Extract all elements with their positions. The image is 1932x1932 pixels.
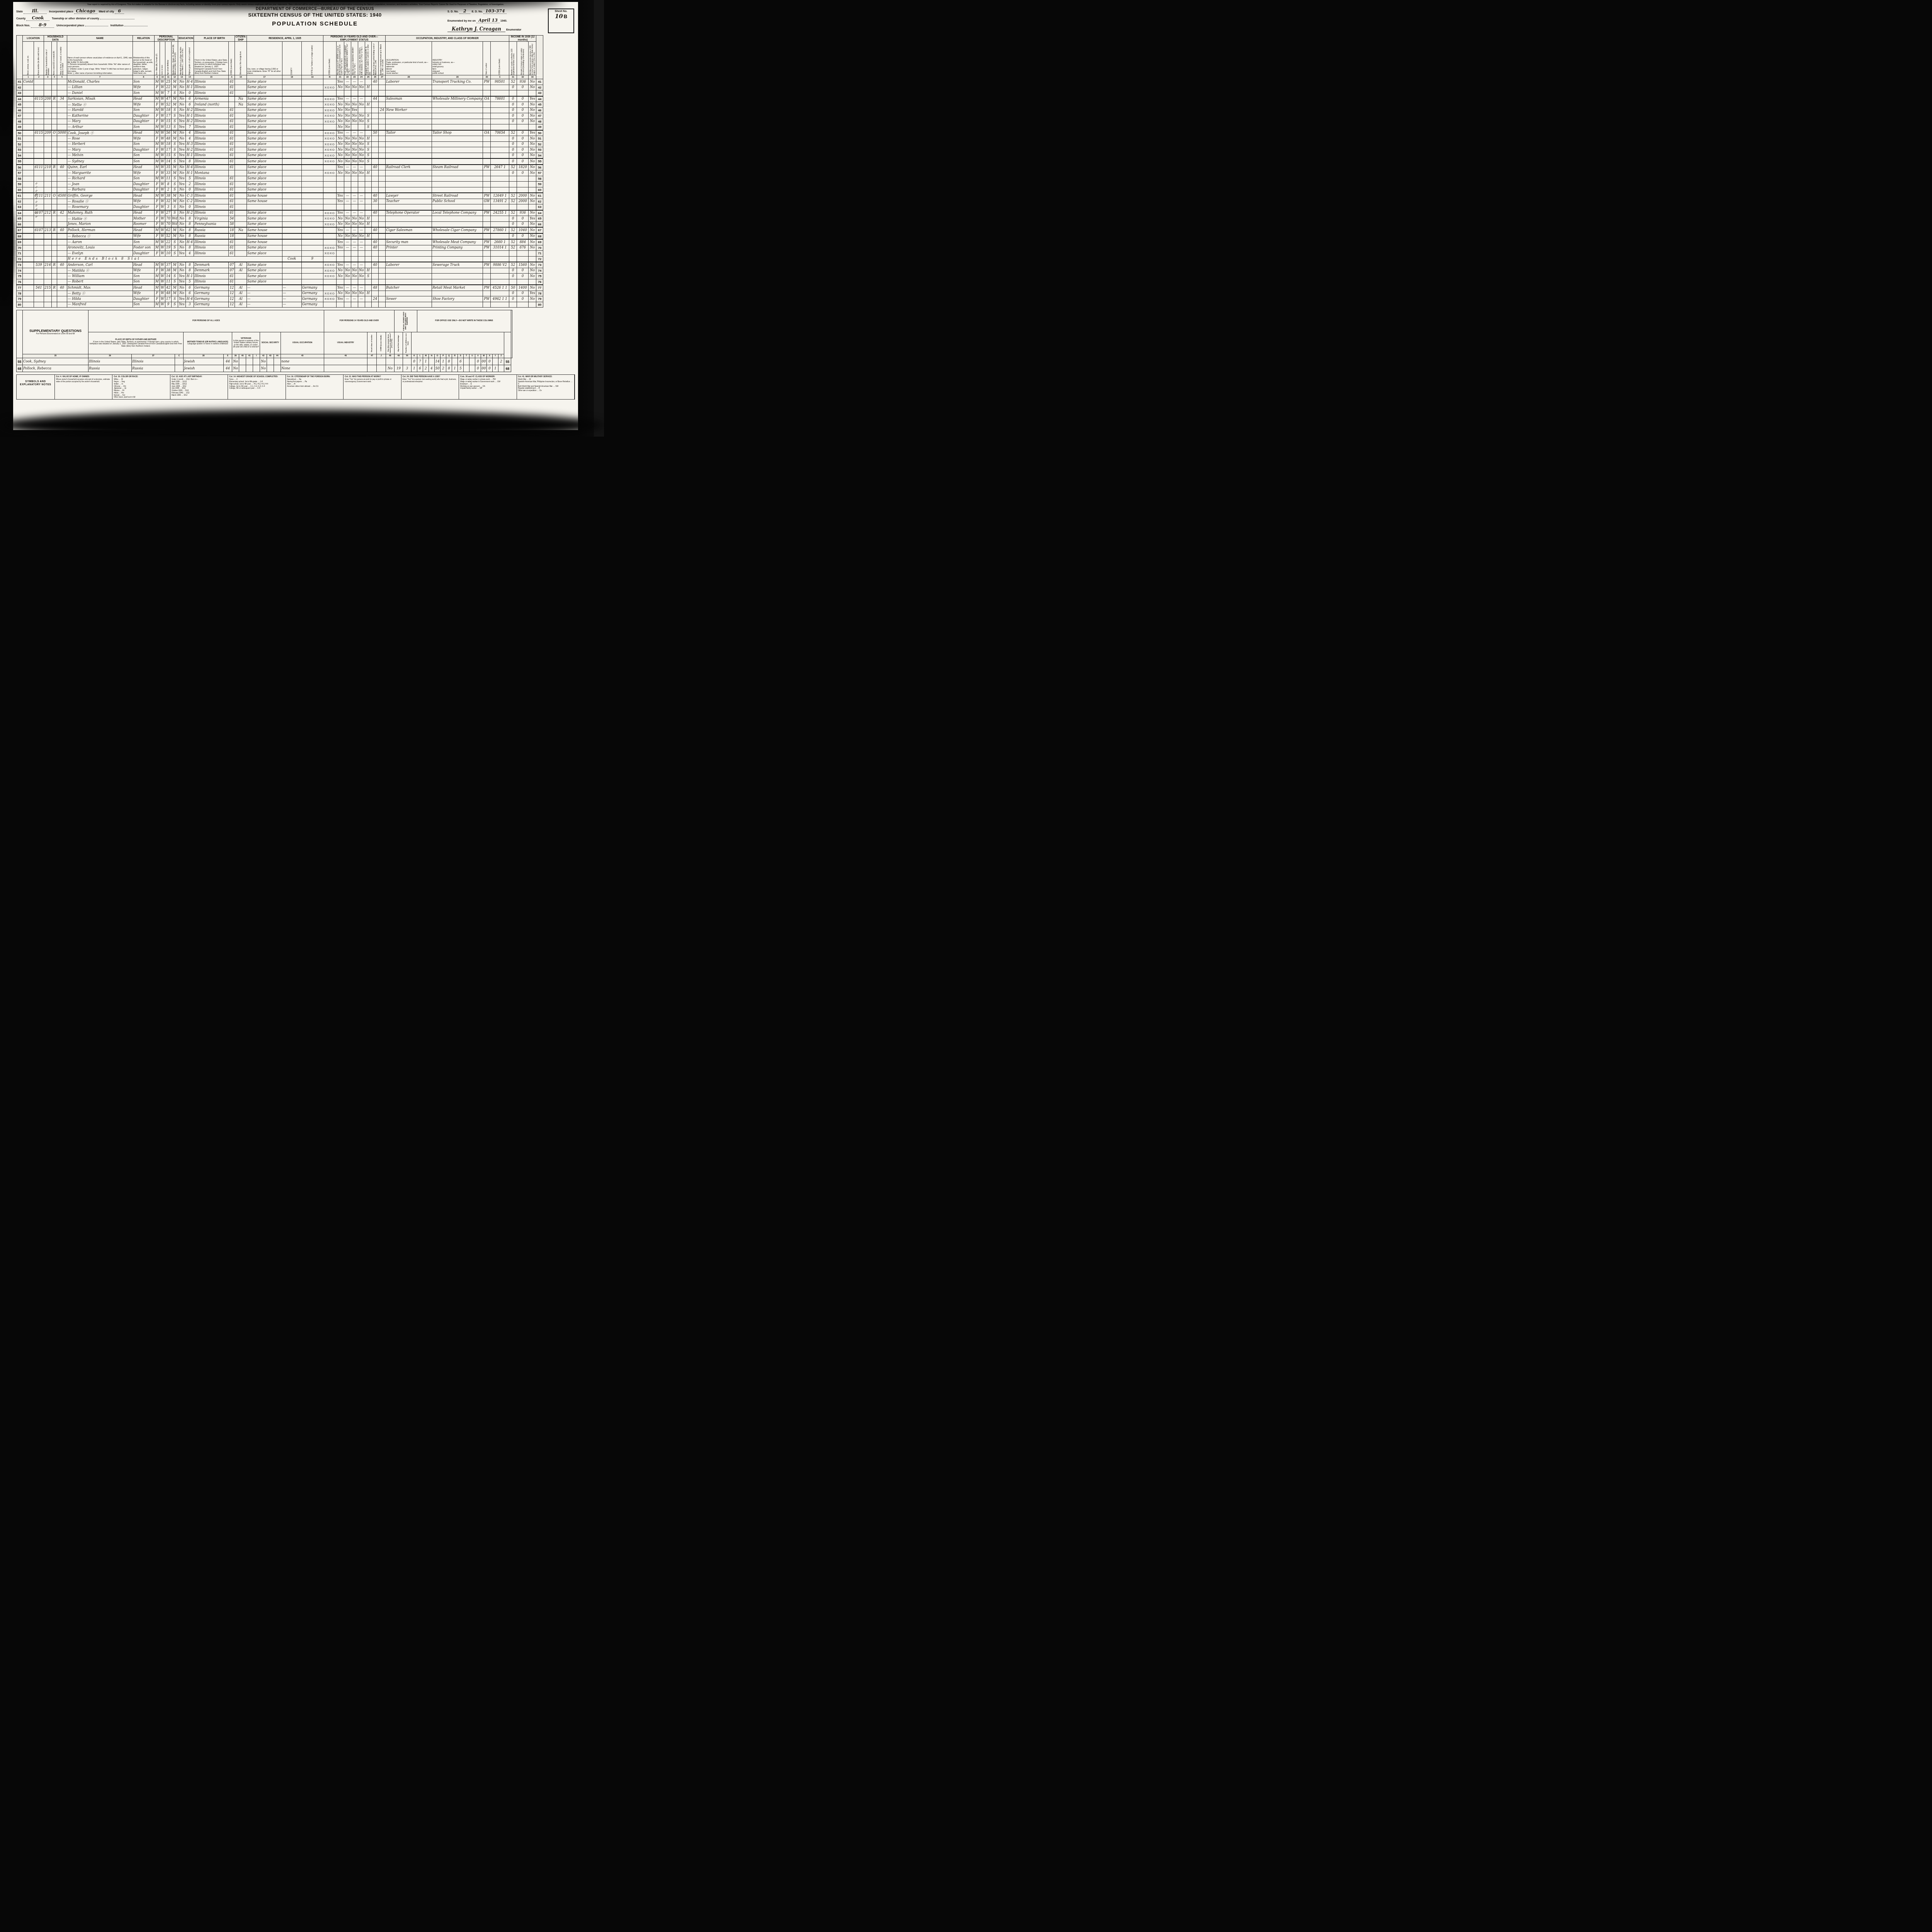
cell-ind bbox=[432, 274, 483, 279]
cell-w50: 3 bbox=[403, 365, 412, 372]
cell-oi: No bbox=[529, 296, 536, 302]
cell-r1: Same place bbox=[247, 176, 282, 182]
cell-r2 bbox=[282, 187, 301, 193]
cell-r2 bbox=[282, 233, 301, 240]
cell-g: 2 bbox=[185, 182, 194, 187]
cell-inc: 0 bbox=[517, 85, 529, 90]
cell-age: 14 bbox=[165, 158, 171, 165]
cell-sx: M bbox=[154, 279, 160, 285]
cell-wk: 0 bbox=[509, 119, 517, 124]
cell-rel: Son bbox=[133, 239, 154, 245]
column-sub-header: OCCUPATIONTrade, profession, or particul… bbox=[386, 42, 432, 75]
cell-stp bbox=[323, 124, 336, 130]
cell-s25: S bbox=[365, 153, 371, 158]
line-number: 44 bbox=[17, 96, 23, 102]
cell-cit: Na bbox=[235, 102, 247, 108]
cell-r2: — bbox=[282, 285, 301, 291]
cell-cit bbox=[235, 239, 247, 245]
cell-stp bbox=[323, 233, 336, 240]
cell-r3 bbox=[301, 182, 323, 187]
supplementary-row: 55Cook, SydneyIllinoisIllinoisJewish44No… bbox=[17, 358, 512, 365]
column-number: 28 bbox=[386, 75, 432, 79]
column-sub-header: CODE (Leave blank) bbox=[229, 42, 235, 75]
column-sub-header: Value of home, if owned, or monthly rent… bbox=[57, 42, 67, 75]
cell-c: W bbox=[160, 113, 165, 119]
cell-pe: No bbox=[344, 233, 351, 240]
cell-name: Pollock, Rebecca bbox=[23, 365, 88, 372]
cell-cit bbox=[235, 193, 247, 199]
cell-st bbox=[23, 302, 34, 308]
cell-inc: 1400 bbox=[517, 285, 529, 291]
cell-vI bbox=[253, 365, 260, 372]
table-row: 78— Betty ⓧWifeFW48MNo6Germany12Al——Germ… bbox=[17, 291, 543, 296]
cell-bc: 61 bbox=[229, 210, 235, 216]
column-sub-header: Relationship of this person to the head … bbox=[133, 42, 154, 75]
explanatory-note-7: Col. 24. DID THIS PERSON HAVE A JOB?Ente… bbox=[401, 375, 459, 399]
column-number: 44 bbox=[274, 354, 281, 358]
cell-bc: 61 bbox=[229, 245, 235, 251]
cell-bp: Illinois bbox=[194, 165, 229, 170]
cell-s: Yes bbox=[178, 296, 185, 302]
cell-r2 bbox=[282, 96, 301, 102]
cell-hh bbox=[44, 170, 51, 176]
cell-bp: Illinois bbox=[194, 85, 229, 90]
cell-g: H-4 bbox=[185, 296, 194, 302]
column-number: 27 bbox=[379, 75, 386, 79]
cell-sk: No bbox=[351, 113, 358, 119]
cell-cl: GW bbox=[483, 199, 491, 204]
cell-m: M bbox=[171, 136, 178, 142]
cell-bc: 61 bbox=[229, 176, 235, 182]
cell-bc bbox=[229, 96, 235, 102]
cell-hr: 24 bbox=[372, 296, 379, 302]
cell-st bbox=[23, 210, 34, 216]
column-number: 16 bbox=[235, 75, 247, 79]
cell-inc bbox=[517, 182, 529, 187]
cell-c: W bbox=[160, 119, 165, 124]
cell-hr: 40 bbox=[372, 227, 379, 233]
cell-empty bbox=[517, 256, 529, 262]
cell-hr bbox=[372, 274, 379, 279]
cell-s25 bbox=[365, 130, 371, 136]
cell-bc: 58 bbox=[229, 221, 235, 227]
cell-age: 17 bbox=[165, 147, 171, 153]
cell-hn bbox=[34, 302, 44, 308]
cell-r3 bbox=[301, 147, 323, 153]
cell-cl: OA bbox=[483, 130, 491, 136]
cell-c: W bbox=[160, 107, 165, 113]
office-cell-W: 00 bbox=[481, 365, 487, 372]
cell-inc: 0 bbox=[517, 147, 529, 153]
cell-m: S bbox=[171, 279, 178, 285]
cell-st bbox=[23, 119, 34, 124]
cell-t bbox=[51, 170, 57, 176]
cell-c: W bbox=[160, 245, 165, 251]
column-sub-header: Marital status—Single (S), Married (M), … bbox=[171, 42, 178, 75]
cell-cd bbox=[491, 274, 509, 279]
office-cell-V: 0 bbox=[475, 365, 481, 372]
cell-c: W bbox=[160, 251, 165, 257]
column-number: 25 bbox=[365, 75, 371, 79]
note-heading: Col. 4. VALUE OF HOME, IF OWNED: bbox=[56, 376, 111, 378]
usual-class-header: Usual class of worker bbox=[367, 332, 377, 354]
cell-m: S bbox=[171, 119, 178, 124]
cell-v bbox=[57, 279, 67, 285]
cell-sk bbox=[351, 124, 358, 130]
cell-hn bbox=[34, 233, 44, 240]
cell-hh: 210 bbox=[44, 165, 51, 170]
cell-name: — Aaron bbox=[67, 239, 133, 245]
cell-wk: 52 bbox=[509, 227, 517, 233]
cell-age: 52 bbox=[165, 233, 171, 240]
cell-r3 bbox=[301, 85, 323, 90]
cell-st bbox=[23, 199, 34, 204]
cell-t bbox=[51, 187, 57, 193]
cell-wk: 52 bbox=[509, 210, 517, 216]
cell-inc bbox=[517, 251, 529, 257]
cell-hj bbox=[358, 182, 365, 187]
cell-oi: No bbox=[529, 102, 536, 108]
cell-w: No bbox=[336, 141, 344, 147]
cell-sx: M bbox=[154, 90, 160, 96]
cell-hh bbox=[44, 136, 51, 142]
cell-w: Yes bbox=[336, 227, 344, 233]
cell-empty bbox=[351, 256, 358, 262]
cell-g: 5 bbox=[185, 279, 194, 285]
cell-sx: F bbox=[154, 221, 160, 227]
cell-s25 bbox=[365, 90, 371, 96]
cell-du bbox=[379, 268, 386, 274]
cell-v bbox=[57, 221, 67, 227]
cell-v bbox=[57, 147, 67, 153]
cell-cd bbox=[491, 90, 509, 96]
supplementary-rows: 55Cook, SydneyIllinoisIllinoisJewish44No… bbox=[17, 358, 512, 372]
line-number: 61 bbox=[536, 193, 543, 199]
cell-cd bbox=[491, 216, 509, 222]
cell-du bbox=[379, 136, 386, 142]
table-row: 49— ArthurSonMW13SYes7Illinois61Same pla… bbox=[17, 124, 543, 130]
cell-c: W bbox=[160, 221, 165, 227]
cell-tongue: Jewish bbox=[184, 365, 224, 372]
cell-r3 bbox=[301, 187, 323, 193]
cell-hr bbox=[372, 158, 379, 165]
cell-r2 bbox=[282, 90, 301, 96]
office-cell-S: 5 bbox=[458, 365, 464, 372]
cell-g: 6 bbox=[185, 102, 194, 108]
cell-sx: M bbox=[154, 285, 160, 291]
cell-m: Wd bbox=[171, 216, 178, 222]
line-number: 76 bbox=[536, 279, 543, 285]
cell-cl: PW bbox=[483, 193, 491, 199]
cell-bc bbox=[229, 102, 235, 108]
column-number: 3 bbox=[44, 75, 51, 79]
cell-occ: Security man bbox=[386, 239, 432, 245]
cell-hn bbox=[34, 124, 44, 130]
cell-g: 0 bbox=[185, 187, 194, 193]
group-persons-14: FOR PERSONS 14 YEARS OLD AND OVER bbox=[324, 310, 395, 332]
cell-s43 bbox=[267, 358, 274, 365]
cell-r3 bbox=[301, 216, 323, 222]
cell-w48: No bbox=[386, 365, 395, 372]
cell-sk: No bbox=[351, 268, 358, 274]
line-col-header bbox=[511, 310, 512, 358]
cell-hn bbox=[34, 268, 44, 274]
cell-cit bbox=[235, 216, 247, 222]
cell-hr bbox=[372, 279, 379, 285]
cell-st bbox=[23, 158, 34, 165]
cell-bc: 18 bbox=[229, 227, 235, 233]
cell-cd bbox=[491, 302, 509, 308]
cell-cd: 12649 1 bbox=[491, 193, 509, 199]
office-cell-P: 2 bbox=[440, 365, 446, 372]
cell-r2 bbox=[282, 176, 301, 182]
cell-hj bbox=[358, 251, 365, 257]
note-body: None .... 0 Elementary school, 1st to 8t… bbox=[229, 378, 284, 389]
cell-hn bbox=[34, 153, 44, 158]
supplementary-questions-table: SUPPLEMENTARY QUESTIONSFor Persons Enume… bbox=[16, 310, 512, 372]
cell-bp: Illinois bbox=[194, 107, 229, 113]
cell-hj: — bbox=[358, 296, 365, 302]
cell-age: 11 bbox=[165, 279, 171, 285]
cell-name: — Manfred bbox=[67, 302, 133, 308]
cell-v bbox=[57, 216, 67, 222]
cell-wk bbox=[509, 187, 517, 193]
cell-g: 4 bbox=[185, 251, 194, 257]
cell-hr bbox=[372, 221, 379, 227]
cell-bc: 18 bbox=[229, 233, 235, 240]
column-number: 10 bbox=[160, 75, 165, 79]
cell-r2 bbox=[282, 107, 301, 113]
cell-bp: Illinois bbox=[194, 141, 229, 147]
cell-pe bbox=[344, 187, 351, 193]
note-body: Under 1 month .... 0/12. Born in— April … bbox=[172, 378, 226, 396]
line-number: 65 bbox=[536, 216, 543, 222]
cell-rel: Head bbox=[133, 227, 154, 233]
cell-hj bbox=[358, 187, 365, 193]
cell-occ: None bbox=[281, 365, 324, 372]
column-number: 47 bbox=[367, 354, 377, 358]
cell-w: No bbox=[336, 119, 344, 124]
cell-bc: 61 bbox=[229, 85, 235, 90]
cell-m: S bbox=[171, 182, 178, 187]
page-title: POPULATION SCHEDULE bbox=[182, 20, 447, 27]
note-heading: Col. 21. WAS THIS PERSON AT WORK? bbox=[345, 376, 400, 378]
column-number: J bbox=[377, 354, 386, 358]
cell-hn bbox=[34, 239, 44, 245]
cell-hn bbox=[34, 221, 44, 227]
cell-r3 bbox=[301, 90, 323, 96]
cell-hj: — bbox=[358, 130, 365, 136]
cell-bc: 61 bbox=[229, 79, 235, 85]
cell-occ bbox=[386, 187, 432, 193]
cell-cd: 2660 1 bbox=[491, 239, 509, 245]
cell-s25: H bbox=[365, 268, 371, 274]
cell-pe: No bbox=[344, 102, 351, 108]
line-number: 67 bbox=[536, 227, 543, 233]
cell-r3 bbox=[301, 141, 323, 147]
cell-empty bbox=[365, 256, 371, 262]
cell-inc: 0 bbox=[517, 216, 529, 222]
cell-w: No bbox=[336, 216, 344, 222]
cell-c: W bbox=[160, 233, 165, 240]
explanatory-note-8: Cols. 30 and 47. CLASS OF WORKER:Wage or… bbox=[459, 375, 517, 399]
cell-cd: 70654 bbox=[491, 130, 509, 136]
cell-empty bbox=[51, 256, 57, 262]
cell-ind: Steam Railroad bbox=[432, 165, 483, 170]
column-sub-header: If not seeking work, did he HAVE A JOB, … bbox=[358, 42, 365, 75]
cell-r1: Same house bbox=[247, 227, 282, 233]
line-number: 72 bbox=[17, 256, 23, 262]
cell-t: R bbox=[51, 210, 57, 216]
cell-cd bbox=[491, 136, 509, 142]
cell-hj: No bbox=[358, 113, 365, 119]
header-left-fields: State Ill. Incorporated place Chicago Wa… bbox=[16, 7, 182, 34]
cell-cit bbox=[235, 279, 247, 285]
cell-cl bbox=[483, 176, 491, 182]
cell-hh bbox=[44, 216, 51, 222]
cell-stp: XOXO bbox=[323, 119, 336, 124]
cell-sk: — bbox=[351, 227, 358, 233]
column-sub-header: Attended school or college any time sinc… bbox=[178, 42, 185, 75]
explanatory-notes: SYMBOLS AND EXPLANATORY NOTES Col. 4. VA… bbox=[16, 374, 575, 400]
cell-stp bbox=[323, 227, 336, 233]
cell-hh bbox=[44, 182, 51, 187]
cell-t bbox=[51, 216, 57, 222]
column-sub-header: City, town, or village having 2,500 or m… bbox=[247, 42, 282, 75]
cell-r3: Germany bbox=[301, 285, 323, 291]
cell-bp: Illinois bbox=[194, 90, 229, 96]
cell-hr bbox=[372, 90, 379, 96]
column-number: P bbox=[440, 354, 446, 358]
cell-hr bbox=[372, 187, 379, 193]
cell-v bbox=[57, 204, 67, 210]
cell-cit bbox=[235, 251, 247, 257]
line-number: 57 bbox=[536, 170, 543, 176]
cell-m: S bbox=[171, 158, 178, 165]
cell-stp bbox=[323, 79, 336, 85]
explanatory-note-2: Col. 10. COLOR OR RACE:White .... W Negr… bbox=[112, 375, 170, 399]
cell-g: 6 bbox=[185, 291, 194, 296]
cell-st bbox=[23, 285, 34, 291]
cell-s: Yes bbox=[178, 113, 185, 119]
cell-t bbox=[51, 251, 57, 257]
cell-w: Yes bbox=[336, 130, 344, 136]
cell-r1: Same place bbox=[247, 165, 282, 170]
cell-r1: Same place bbox=[247, 107, 282, 113]
cell-r3 bbox=[301, 113, 323, 119]
line-number: 77 bbox=[17, 285, 23, 291]
cell-cl bbox=[483, 274, 491, 279]
cell-du bbox=[379, 102, 386, 108]
cell-cd: 31014 1 bbox=[491, 245, 509, 251]
cell-stp: XOXO bbox=[323, 147, 336, 153]
cell-m: S bbox=[171, 113, 178, 119]
cell-st: Contd bbox=[23, 79, 34, 85]
office-cell-T bbox=[464, 365, 469, 372]
cell-hr: 40 bbox=[372, 79, 379, 85]
cell-hh: 215 bbox=[44, 285, 51, 291]
table-row: 41ContdMcDonald, CharlesSonMW25MNoH-4Ill… bbox=[17, 79, 543, 85]
column-sub-header: Number of weeks worked in 1939 (equivale… bbox=[509, 42, 517, 75]
cell-age: 47 bbox=[165, 96, 171, 102]
cell-bp: Illinois bbox=[194, 130, 229, 136]
cell-cit bbox=[235, 136, 247, 142]
cell-st bbox=[23, 251, 34, 257]
cell-sk: — bbox=[351, 285, 358, 291]
cell-wk: 52 bbox=[509, 239, 517, 245]
column-sub-header: Did this person receive income of $50 or… bbox=[529, 42, 536, 75]
cell-cd bbox=[491, 107, 509, 113]
cell-cl bbox=[483, 182, 491, 187]
cell-w: Yes bbox=[336, 96, 344, 102]
cell-stp: XOXO bbox=[323, 113, 336, 119]
cell-r1: Same place bbox=[247, 85, 282, 90]
cell-r3 bbox=[301, 193, 323, 199]
cell-bp: Germany bbox=[194, 296, 229, 302]
cell-sk: No bbox=[351, 153, 358, 158]
line-number: 48 bbox=[536, 119, 543, 124]
office-cell-U bbox=[469, 358, 475, 365]
cell-s: No bbox=[178, 130, 185, 136]
line-number: 65 bbox=[17, 216, 23, 222]
cell-cl: PW bbox=[483, 227, 491, 233]
cell-s25: H bbox=[365, 216, 371, 222]
cell-st bbox=[23, 245, 34, 251]
cell-hh bbox=[44, 199, 51, 204]
cell-sx: F bbox=[154, 291, 160, 296]
cell-s25 bbox=[365, 296, 371, 302]
cell-sx: F bbox=[154, 233, 160, 240]
cell-r1: Same house bbox=[247, 239, 282, 245]
line-number: 57 bbox=[17, 170, 23, 176]
line-number: 55 bbox=[504, 358, 511, 365]
column-number: 50 bbox=[403, 354, 412, 358]
cell-s: Yes bbox=[178, 147, 185, 153]
cell-v bbox=[57, 251, 67, 257]
cell-hj: No bbox=[358, 216, 365, 222]
cell-pe: No bbox=[344, 113, 351, 119]
table-row: 80— ManfredSonMW9SYes3Germany12Al——Germa… bbox=[17, 302, 543, 308]
cell-g: H-3 bbox=[185, 141, 194, 147]
cell-wk: 0 bbox=[509, 291, 517, 296]
cell-name: McDonald, Charles bbox=[67, 79, 133, 85]
cell-empty bbox=[379, 256, 386, 262]
cell-m: S bbox=[171, 239, 178, 245]
cell-r3 bbox=[301, 119, 323, 124]
cell-empty bbox=[491, 256, 509, 262]
cell-m: M bbox=[171, 291, 178, 296]
cell-bc: 12 bbox=[229, 296, 235, 302]
line-number: 56 bbox=[17, 165, 23, 170]
cell-oi bbox=[529, 176, 536, 182]
cell-s25 bbox=[365, 176, 371, 182]
cell-sk bbox=[351, 302, 358, 308]
cell-cd: 98501 bbox=[491, 79, 509, 85]
cell-hj bbox=[358, 204, 365, 210]
cell-cit bbox=[235, 233, 247, 240]
cell-oi: No bbox=[529, 193, 536, 199]
cell-inc: 0 bbox=[517, 170, 529, 176]
note-body: White .... W Negro .... Neg Indian .... … bbox=[114, 378, 168, 398]
cell-w: No bbox=[336, 147, 344, 153]
cell-bc: 61 bbox=[229, 136, 235, 142]
cell-t bbox=[51, 199, 57, 204]
cell-oi bbox=[529, 124, 536, 130]
cell-sx: M bbox=[154, 158, 160, 165]
cell-ind bbox=[432, 141, 483, 147]
cell-cl bbox=[483, 124, 491, 130]
column-number: I bbox=[253, 354, 260, 358]
